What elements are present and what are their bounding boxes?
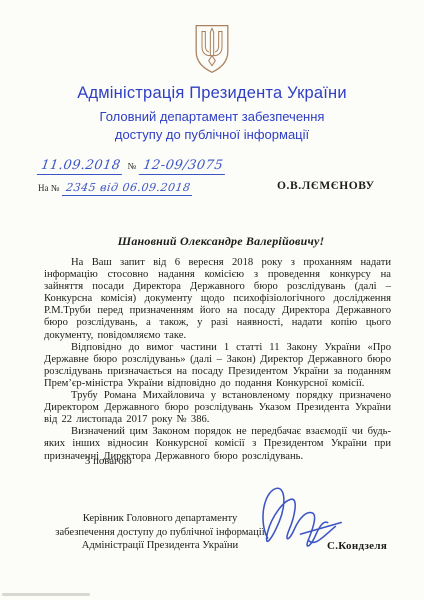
incoming-number-label: На № [38,183,59,193]
signer-title-block: Керівник Головного департаменту забезпеч… [38,512,282,553]
body-paragraph-1: На Ваш запит від 6 вересня 2018 року з п… [44,257,391,342]
outgoing-reference-row: 11.09.2018 № 12-09/3075 [38,158,238,175]
signer-name: С.Кондзеля [327,540,387,552]
scan-artifact [2,593,90,596]
trident-icon [192,23,232,75]
outgoing-number-handwritten: 12-09/3075 [139,158,227,175]
outgoing-date-handwritten: 11.09.2018 [37,158,125,175]
reference-block: 11.09.2018 № 12-09/3075 На № 2345 від 06… [38,158,238,202]
department-title-line-2: доступу до публічної інформації [0,127,424,142]
letter-body: На Ваш запит від 6 вересня 2018 року з п… [44,257,391,463]
letter-page: Адміністрація Президента України Головни… [0,0,424,600]
incoming-number-handwritten: 2345 від 06.09.2018 [62,181,194,196]
handwritten-signature [256,478,348,570]
body-paragraph-2: Відповідно до вимог частини 1 статті 11 … [44,342,391,390]
number-sign-label: № [127,161,136,171]
department-title-line-1: Головний департамент забезпечення [0,109,424,124]
regards-line: З повагою [85,455,132,467]
organization-title: Адміністрація Президента України [0,84,424,103]
signer-title-line-2: забезпечення доступу до публічної інформ… [38,526,282,540]
incoming-reference-row: На № 2345 від 06.09.2018 [38,181,238,196]
signer-title-line-1: Керівник Головного департаменту [38,512,282,526]
ukraine-trident-emblem [192,23,232,75]
salutation-line: Шановний Олександре Валерійовичу! [0,234,424,249]
addressee-name: О.В.ЛЄМЄНОВУ [277,180,375,192]
signature-stroke-icon [256,478,348,570]
signer-title-line-3: Адміністрації Президента України [38,539,282,553]
body-paragraph-3: Трубу Романа Михайловича у встановленому… [44,390,391,426]
